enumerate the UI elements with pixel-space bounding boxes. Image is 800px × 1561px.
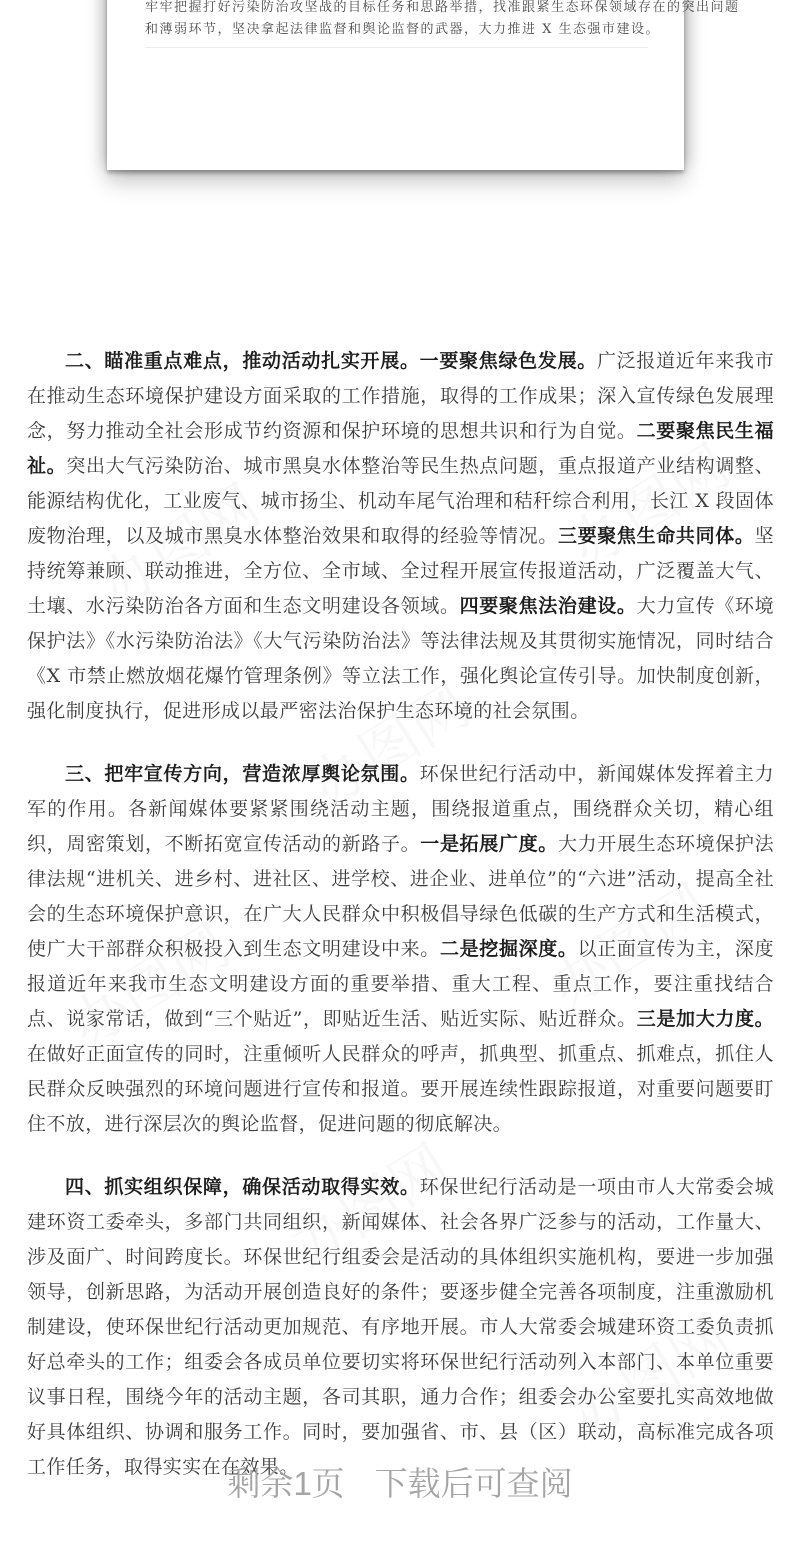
paragraph-heading-segment: 三是加大力度。 <box>637 1008 774 1030</box>
preview-page-partial: 牢牢把握打好污染防治攻坚战的目标任务和思路举措，找准跟紧生态环保领域存在的突出问… <box>107 0 684 170</box>
preview-page-divider <box>145 47 648 48</box>
paragraph-heading-segment: 二是挖掘深度。 <box>440 938 578 960</box>
document-paragraphs: 二、瞄准重点难点，推动活动扎实开展。一要聚焦绿色发展。广泛报道近年来我市在推动生… <box>27 344 774 1513</box>
paragraph: 三、把牢宣传方向，营造浓厚舆论氛围。环保世纪行活动中，新闻媒体发挥着主力军的作用… <box>27 757 774 1142</box>
paragraph-heading-segment: 一要聚焦绿色发展。 <box>420 350 597 372</box>
paragraph-heading-segment: 二、瞄准重点难点，推动活动扎实开展。 <box>65 350 420 372</box>
paragraph-heading-segment: 四、抓实组织保障，确保活动取得实效。 <box>65 1176 420 1198</box>
paragraph-text-segment: 环保世纪行活动是一项由市人大常委会城建环资工委牵头，多部门共同组织，新闻媒体、社… <box>27 1176 774 1478</box>
paragraph-heading-segment: 四要聚焦法治建设。 <box>460 595 637 617</box>
paragraph-text-segment: 在做好正面宣传的同时，注重倾听人民群众的呼声，抓典型、抓重点、抓难点，抓住人民群… <box>27 1043 774 1135</box>
document-preview-stage: 办图网办图网办图网办图网办图网办图网办图网 牢牢把握打好污染防治攻坚战的目标任务… <box>0 0 800 1561</box>
paragraph-heading-segment: 三、把牢宣传方向，营造浓厚舆论氛围。 <box>65 763 420 785</box>
paragraph: 二、瞄准重点难点，推动活动扎实开展。一要聚焦绿色发展。广泛报道近年来我市在推动生… <box>27 344 774 729</box>
remaining-pages-label: 剩余1页 <box>227 1458 344 1505</box>
footer-notice: 剩余1页 下载后可查阅 <box>0 1458 800 1505</box>
download-hint-label: 下载后可查阅 <box>375 1458 573 1505</box>
paragraph-heading-segment: 三要聚焦生命共同体。 <box>558 525 755 547</box>
paragraph: 四、抓实组织保障，确保活动取得实效。环保世纪行活动是一项由市人大常委会城建环资工… <box>27 1170 774 1485</box>
preview-page-line: 牢牢把握打好污染防治攻坚战的目标任务和思路举措，找准跟紧生态环保领域存在的突出问… <box>145 0 648 19</box>
paragraph-heading-segment: 一是拓展广度。 <box>420 833 558 855</box>
preview-page-line: 和薄弱环节，坚决拿起法律监督和舆论监督的武器，大力推进 X 生态强市建设。 <box>145 19 648 41</box>
